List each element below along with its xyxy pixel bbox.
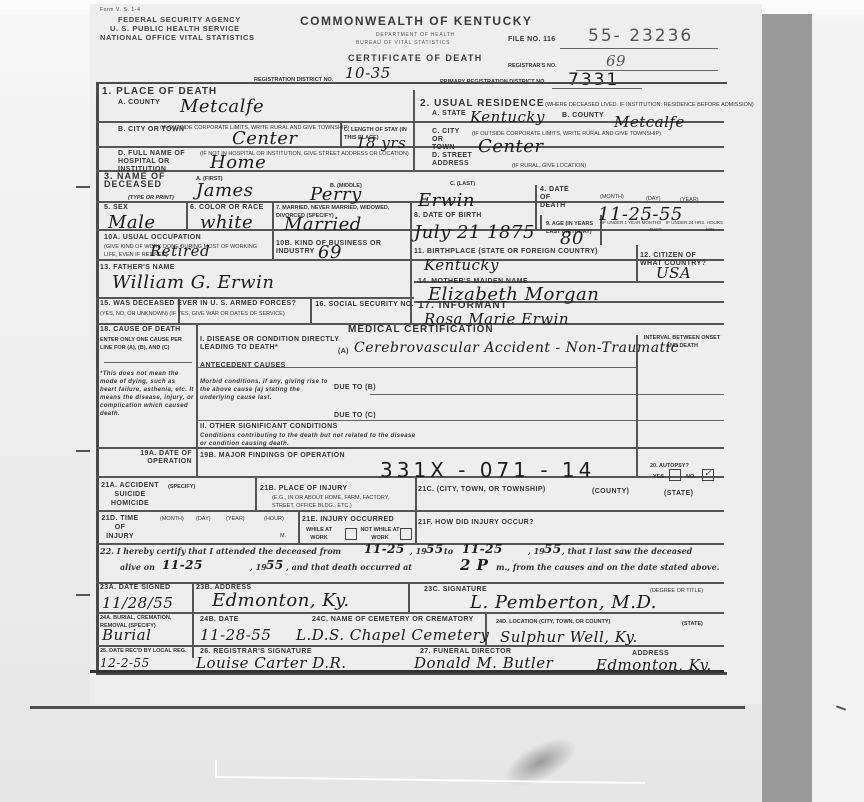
marital-value: Married — [284, 214, 362, 235]
time-of-death: 2 P — [460, 556, 488, 574]
deceased-name-note: (Type or Print) — [128, 194, 174, 202]
date-month-col: (Month) — [600, 193, 624, 201]
autopsy-yes-checkbox[interactable] — [669, 469, 681, 481]
margin-mark — [76, 450, 90, 452]
file-no-label: FILE NO. 116 — [508, 36, 556, 44]
rule — [413, 90, 415, 170]
rule — [415, 476, 417, 543]
agency-line-2: U. S. PUBLIC HEALTH SERVICE — [100, 24, 255, 33]
time-day-col: (Day) — [196, 515, 211, 523]
disease-a-value: Cerebrovascular Accident - Non-Traumatic — [354, 340, 679, 356]
rule — [96, 582, 724, 584]
sex-label: 5. SEX — [104, 204, 128, 212]
statement-2: , that I last saw the deceased — [562, 546, 692, 556]
department-label: Department of Health — [376, 32, 455, 38]
autopsy-yes-label: YES — [653, 473, 664, 481]
rule — [96, 510, 724, 512]
file-no-line — [560, 48, 718, 49]
rule — [535, 185, 537, 229]
time-year-col: (Year) — [226, 515, 245, 523]
informant-label: 17. INFORMANT — [418, 302, 508, 310]
rule — [104, 362, 192, 363]
race-label: 6. COLOR OR RACE — [190, 204, 264, 212]
bureau-label: Bureau of Vital Statistics — [356, 40, 450, 46]
accident-label: 21a. ACCIDENT SUICIDE HOMICIDE — [100, 481, 160, 508]
injury-state-label: (STATE) — [664, 490, 693, 498]
not-while-at-work-label: NOT WHILE AT WORK — [360, 526, 400, 542]
file-no-value: 55- 23236 — [588, 26, 693, 46]
autopsy-no-label: NO — [686, 473, 694, 481]
year-2: 55 — [544, 542, 562, 556]
certification-statement: 22. I hereby certify that I attended the… — [100, 546, 720, 578]
statement-1: 22. I hereby certify that I attended the… — [100, 546, 341, 556]
sex-value: Male — [108, 212, 156, 233]
place-of-injury-label: 21b. PLACE OF INJURY — [260, 485, 347, 493]
date-recd-value: 12-2-55 — [100, 656, 150, 670]
deceased-name-label: 3. NAME OF DECEASED — [104, 172, 184, 188]
usual-residence-note: (Where deceased lived. If institution: r… — [545, 101, 754, 109]
agency-line-3: NATIONAL OFFICE VITAL STATISTICS — [100, 33, 255, 42]
alive-on-value: 11-25 — [162, 558, 203, 572]
injury-occurred-label: 21e. INJURY OCCURRED — [302, 516, 394, 524]
burial-date-value: 11-28-55 — [200, 626, 271, 644]
first-name-value: James — [196, 180, 253, 201]
statement-4: m., from the causes and on the date stat… — [496, 562, 719, 572]
usual-residence-label: 2. USUAL RESIDENCE — [420, 100, 545, 108]
dob-value: July 21 1875 — [414, 222, 535, 243]
cause-note: Enter only one cause per line for (a), (… — [100, 336, 194, 352]
father-value: William G. Erwin — [112, 272, 274, 293]
residence-city-value: Center — [478, 136, 544, 157]
to-label: to — [444, 546, 453, 556]
burial-value: Burial — [102, 626, 151, 644]
margin-mark — [76, 186, 90, 188]
form-bottom-border — [90, 670, 724, 673]
date-signed-label: 23a. DATE SIGNED — [100, 584, 170, 592]
statement-3: , and that death occurred at — [286, 562, 412, 572]
birthplace-value: Kentucky — [424, 256, 499, 274]
code-value: 331X - 071 - 14 — [380, 458, 595, 482]
document-title: COMMONWEALTH OF KENTUCKY — [300, 14, 532, 28]
county-label: a. COUNTY — [118, 99, 160, 107]
operation-findings-label: 19b. MAJOR FINDINGS OF OPERATION — [200, 452, 345, 460]
age-value: 80 — [560, 228, 584, 249]
rule — [196, 323, 198, 476]
attended-from: 11-25 — [364, 542, 405, 556]
while-at-work-label: WHILE AT WORK — [304, 526, 334, 542]
rule — [255, 476, 257, 510]
medical-certification-title: MEDICAL CERTIFICATION — [348, 326, 494, 334]
city-value: Center — [232, 128, 298, 149]
injury-county-label: (COUNTY) — [592, 488, 629, 496]
hospital-value: Home — [210, 152, 266, 173]
scanner-shadow-strip — [762, 14, 812, 802]
business-value: 69 — [318, 242, 342, 263]
occupation-label: 10a. USUAL OCCUPATION — [104, 234, 201, 242]
armed-forces-label: 15. WAS DECEASED EVER IN U. S. ARMED FOR… — [100, 300, 296, 308]
due-to-c-label: DUE TO (c) — [334, 412, 376, 420]
age-days-label: Days — [650, 226, 662, 234]
while-at-work-checkbox[interactable] — [345, 528, 357, 540]
time-of-injury-label: 21d. TIME OF INJURY — [100, 514, 140, 541]
operation-date-label: 19a. DATE OF OPERATION — [100, 450, 192, 466]
dob-label: 8. DATE OF BIRTH — [414, 212, 482, 220]
year-3: 55 — [266, 558, 284, 572]
rule — [272, 201, 274, 259]
middle-name-value: Perry — [310, 184, 362, 205]
autopsy-no-checkbox[interactable]: ✓ — [702, 469, 714, 481]
adjacent-page-edge — [812, 18, 864, 802]
agency-line-1: FEDERAL SECURITY AGENCY — [100, 15, 255, 24]
rule — [186, 201, 188, 229]
race-value: white — [200, 212, 253, 233]
agency-header: Form V. S. 1-4 FEDERAL SECURITY AGENCY U… — [100, 6, 255, 42]
rule — [310, 297, 312, 323]
how-injury-label: 21f. HOW DID INJURY OCCUR? — [418, 519, 534, 527]
date-day-col: (Day) — [646, 195, 661, 203]
rule — [96, 297, 414, 299]
rule — [96, 121, 414, 123]
other-conditions-label: II. OTHER SIGNIFICANT CONDITIONS — [200, 423, 338, 431]
injury-city-label: 21c. (CITY, TOWN, OR TOWNSHIP) — [418, 486, 546, 494]
other-conditions-note: Conditions contributing to the death but… — [200, 432, 420, 448]
last-name-value: Erwin — [418, 190, 475, 211]
location-label: 24d. LOCATION (City, town, or county) — [496, 618, 610, 626]
father-label: 13. FATHER'S NAME — [100, 264, 175, 272]
business-label: 10b. KIND OF BUSINESS OR INDUSTRY — [276, 240, 408, 256]
disease-a-prefix: (a) — [338, 348, 349, 356]
alive-on-label: alive on — [120, 562, 155, 572]
place-of-injury-note: (e.g., in or about home, farm, factory, … — [272, 494, 412, 510]
occupation-value: Retired — [150, 242, 210, 260]
place-of-death-label: 1. PLACE OF DEATH — [102, 88, 217, 96]
certificate-title: CERTIFICATE OF DEATH — [348, 53, 483, 63]
residence-state-label: a. STATE — [432, 110, 466, 118]
residence-state-value: Kentucky — [470, 108, 545, 126]
accident-note: (Specify) — [168, 483, 195, 491]
rule — [636, 335, 638, 476]
citizen-value: USA — [656, 264, 691, 282]
disease-label: I. DISEASE OR CONDITION DIRECTLY LEADING… — [200, 336, 340, 352]
registrar-no-label: REGISTRAR'S NO. — [508, 62, 557, 70]
degree-label: (Degree or title) — [650, 587, 703, 595]
antecedent-note: Morbid conditions, if any, giving rise t… — [200, 378, 330, 402]
time-hour-col: (Hour) — [264, 515, 284, 523]
antecedent-label: ANTECEDENT CAUSES — [200, 362, 286, 370]
armed-forces-note: (Yes, no, or unknown) (If yes, give war … — [100, 310, 285, 318]
registrar-no-value: 69 — [606, 52, 626, 70]
margin-mark — [76, 594, 90, 596]
social-security-label: 16. SOCIAL SECURITY NO. — [314, 301, 414, 309]
date-signed-value: 11/28/55 — [102, 594, 173, 612]
residence-street-note: (If rural, give location) — [512, 162, 586, 170]
rule — [636, 245, 638, 281]
rule — [408, 582, 410, 612]
date-recd-label: 25. DATE REC'D BY LOCAL REG. — [100, 647, 190, 655]
attended-to: 11-25 — [462, 542, 503, 556]
rule — [196, 420, 724, 421]
age-min-label: Min. — [706, 226, 716, 234]
residence-city-label: c. CITY OR TOWN — [432, 128, 468, 152]
time-month-col: (Month) — [160, 515, 184, 523]
rule — [370, 394, 724, 395]
date-of-death-label: 4. DATE OF DEATH — [540, 186, 576, 210]
cemetery-value: L.D.S. Chapel Cemetery — [296, 626, 489, 644]
last-name-label: c. (Last) — [450, 180, 475, 188]
cause-footnote: *This does not mean the mode of dying, s… — [100, 370, 194, 418]
county-value: Metcalfe — [180, 96, 264, 117]
location-value: Sulphur Well, Ky. — [500, 628, 638, 646]
form-number: Form V. S. 1-4 — [100, 6, 255, 15]
date-year-col: (Year) — [680, 196, 699, 204]
rule — [96, 543, 724, 545]
birthplace-label: 11. BIRTHPLACE (State or foreign country… — [414, 248, 598, 256]
rule — [192, 582, 194, 658]
registration-district-value: 10-35 — [345, 64, 391, 82]
burial-date-label: 24b. DATE — [200, 616, 239, 624]
time-suffix: m. — [280, 532, 286, 540]
residence-county-label: b. COUNTY — [562, 112, 604, 120]
residence-county-value: Metcalfe — [614, 113, 685, 131]
residence-street-label: d. STREET ADDRESS — [432, 152, 474, 168]
due-to-b-label: DUE TO (b) — [334, 384, 376, 392]
not-while-at-work-checkbox[interactable] — [400, 528, 412, 540]
rule — [540, 215, 542, 229]
cemetery-label: 24c. NAME OF CEMETERY OR CREMATORY — [312, 616, 474, 624]
signature-value: L. Pemberton, M.D. — [470, 592, 657, 613]
cause-of-death-label: 18. CAUSE OF DEATH — [100, 326, 181, 334]
year-1: 55 — [426, 542, 444, 556]
address-value: Edmonton, Ky. — [212, 590, 350, 611]
rule — [298, 510, 300, 543]
page-bottom-rule — [30, 706, 745, 709]
location-state-label: (State) — [682, 620, 703, 628]
